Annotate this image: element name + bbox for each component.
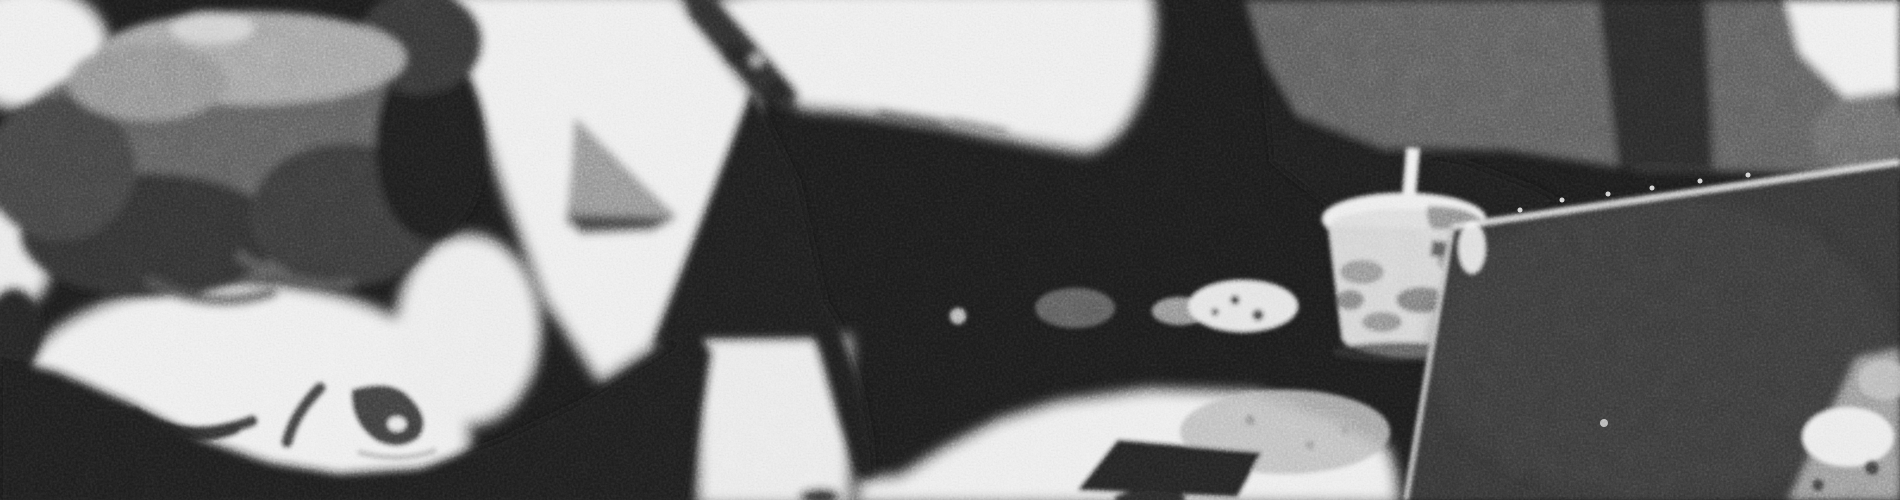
photo-frame bbox=[0, 0, 1900, 500]
photo-canvas bbox=[0, 0, 1900, 500]
grain-overlay bbox=[0, 0, 1900, 500]
